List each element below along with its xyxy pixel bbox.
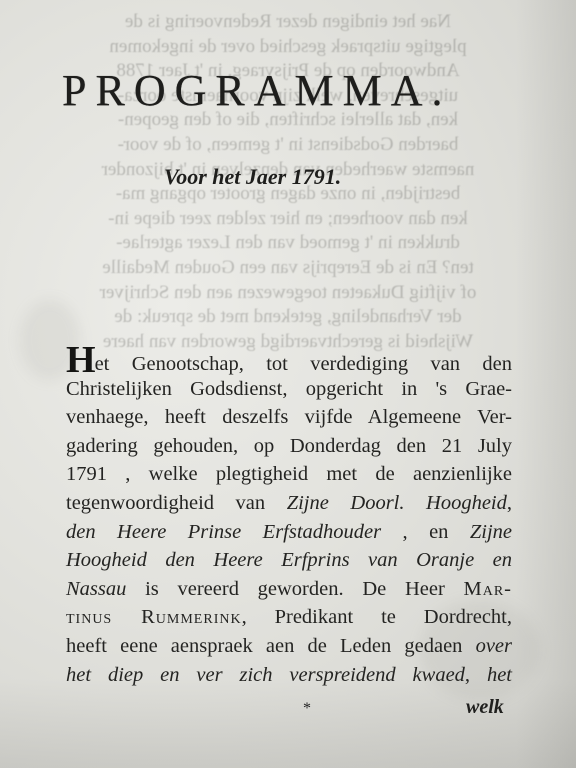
text-run: den Heere Prinse Erfstadhouder (66, 521, 381, 543)
text-run: Mar- (463, 578, 512, 600)
bleed-line: der Verhandeling, getekend met de spreuk… (66, 305, 510, 329)
bleed-line: ken dan voorheen; en hier zelden zeer di… (66, 207, 510, 231)
text-run: Hoogheid den Heere Erfprins van Oranje e… (66, 549, 512, 571)
text-line: den Heere Prinse Erfstadhouder , en Zijn… (66, 518, 512, 547)
text-run: tegenwoordigheid van (66, 492, 287, 514)
body-paragraph: Het Genootschap, tot verdediging van den… (66, 346, 512, 689)
text-run: , en (381, 521, 470, 543)
text-line: gadering gehouden, op Donderdag den 21 J… (66, 432, 512, 461)
text-run: 1791 , welke plegtigheid met de aenzienl… (66, 463, 512, 485)
text-line: Het Genootschap, tot verdediging van den (66, 346, 512, 375)
text-run: is vereerd geworden. De Heer (126, 578, 463, 600)
bleed-line: of vijftig Dukaeten toegewezen aen den S… (66, 281, 510, 305)
text-run: , Predikant te Dordrecht, (242, 606, 512, 628)
text-run: Christelijken Godsdienst, opgericht in '… (66, 378, 512, 400)
text-run: gadering gehouden, op Donderdag den 21 J… (66, 435, 512, 457)
text-run: venhaege, heeft deszelfs vijfde Algemeen… (66, 406, 512, 428)
text-line: venhaege, heeft deszelfs vijfde Algemeen… (66, 403, 512, 432)
text-line: tegenwoordigheid van Zijne Doorl. Hooghe… (66, 489, 512, 518)
text-run: , (507, 492, 512, 514)
text-run: Zijne (470, 521, 512, 543)
text-run: et Genootschap, tot verdediging van den (95, 353, 512, 375)
text-run: Zijne Doorl. Hoogheid (287, 492, 507, 514)
text-line: tinus Rummerink, Predikant te Dordrecht, (66, 603, 512, 632)
page-title: PROGRAMMA. (62, 66, 514, 116)
text-line: Nassau is vereerd geworden. De Heer Mar- (66, 575, 512, 604)
bleed-line: ten? En is de Eereprijs van een Gouden M… (66, 256, 510, 280)
scanned-page: Nae het eindigen dezer Redenvoering is d… (0, 0, 576, 768)
text-line: Christelijken Godsdienst, opgericht in '… (66, 375, 512, 404)
text-run: heeft eene aenspraek aen de Leden gedaen (66, 635, 476, 657)
bleed-line: plegtige uitspraek geschied over de inge… (66, 35, 510, 59)
bleed-line: drukken in 't gemoed van den Lezer agter… (66, 231, 510, 255)
text-run: over (476, 635, 512, 657)
page-shadow (0, 678, 576, 768)
text-line: Hoogheid den Heere Erfprins van Oranje e… (66, 546, 512, 575)
bleed-line: Nae het eindigen dezer Redenvoering is d… (66, 10, 510, 34)
text-line: heeft eene aenspraek aen de Leden gedaen… (66, 632, 512, 661)
text-run: Nassau (66, 578, 126, 600)
text-run: tinus Rummerink (66, 606, 242, 628)
bleed-line: baerden Godsdienst in 't gemeen, of de v… (66, 133, 510, 157)
page-shadow (516, 0, 576, 768)
page-subtitle: Voor het Jaer 1791. (164, 164, 404, 190)
text-line: 1791 , welke plegtigheid met de aenzienl… (66, 460, 512, 489)
